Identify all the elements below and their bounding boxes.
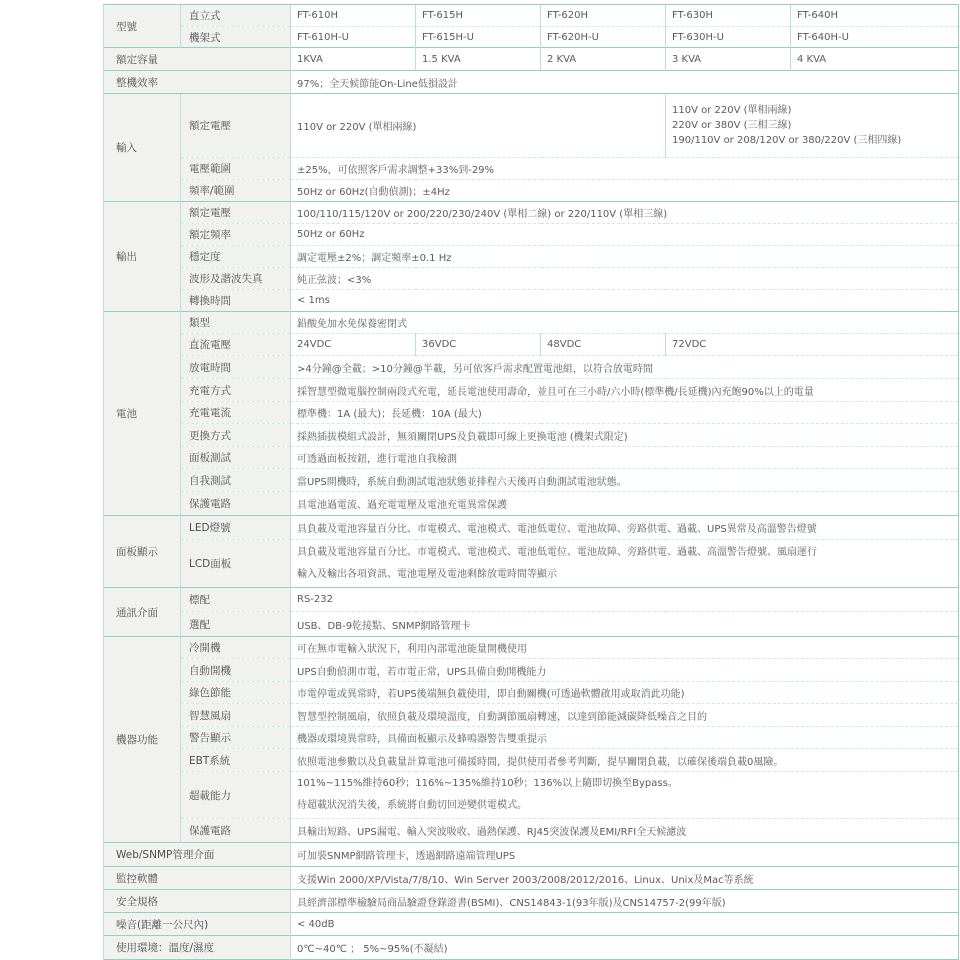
value-model-rack-2: FT-615H-U (416, 27, 541, 48)
value-model-tower-4: FT-630H (666, 5, 791, 27)
value-capacity-4: 3 KVA (666, 48, 791, 71)
value-battery-type: 鉛酸免加水免保養密閉式 (291, 312, 959, 334)
value-capacity-3: 2 KVA (541, 48, 666, 71)
row-label-dc-voltage: 直流電壓 (181, 334, 291, 356)
input-voltage-line-2: 220V or 380V (三相三線) (672, 118, 952, 133)
value-comm-standard: RS-232 (291, 588, 959, 612)
lcd-line-2: 輸入及輸出各項資訊、電池電壓及電池剩餘放電時間等顯示 (297, 564, 952, 586)
section-label-output: 輸出 (104, 202, 181, 312)
value-panel-test: 可透過面板按鈕，進行電池自我檢測 (291, 447, 959, 469)
value-transfer-time: < 1ms (291, 290, 959, 312)
value-alarm-display: 機器或環境異常時，具備面板顯示及蜂鳴器警告雙重提示 (291, 727, 959, 749)
value-model-tower-5: FT-640H (791, 5, 959, 27)
row-label-protection-circuit: 保護電路 (181, 819, 291, 843)
overload-line-1: 101%~115%維持60秒；116%~135%維持10秒；136%以上隨即切換… (297, 773, 952, 795)
row-label-rated-voltage-in: 額定電壓 (181, 94, 291, 158)
row-label-tower: 直立式 (181, 5, 291, 27)
value-monitor-software: 支援Win 2000/XP/Vista/7/8/10、Win Server 20… (291, 867, 959, 890)
value-led: 具負載及電池容量百分比、市電模式、電池模式、電池低電位、電池故障、旁路供電、過載… (291, 516, 959, 540)
row-label-self-test: 自我測試 (181, 469, 291, 492)
row-label-waveform: 波形及諧波失真 (181, 268, 291, 290)
section-label-comm-interface: 通訊介面 (104, 588, 181, 637)
value-waveform: 純正弦波；<3% (291, 268, 959, 290)
value-model-tower-1: FT-610H (291, 5, 416, 27)
row-label-charge-method: 充電方式 (181, 379, 291, 402)
lcd-line-1: 具負載及電池容量百分比、市電模式、電池模式、電池低電位、電池故障、旁路供電、過載… (297, 542, 952, 564)
value-capacity-5: 4 KVA (791, 48, 959, 71)
row-label-charge-current: 充電電流 (181, 402, 291, 424)
row-label-rated-frequency: 額定頻率 (181, 224, 291, 246)
value-model-rack-5: FT-640H-U (791, 27, 959, 48)
input-voltage-line-1: 110V or 220V (單相兩線) (672, 103, 952, 118)
row-label-frequency-range: 頻率/範圍 (181, 180, 291, 202)
input-voltage-line-3: 190/110V or 208/120V or 380/220V (三相四線) (672, 133, 952, 148)
row-label-voltage-range: 電壓範圍 (181, 158, 291, 180)
value-input-rated-voltage-left: 110V or 220V (單相兩線) (291, 94, 666, 158)
value-battery-protection: 具電池過電流、過充電電壓及電池充電異常保護 (291, 492, 959, 516)
row-label-web-snmp: Web/SNMP管理介面 (104, 843, 291, 867)
value-model-rack-4: FT-630H-U (666, 27, 791, 48)
value-dc-voltage-3: 48VDC (541, 334, 666, 356)
value-self-test: 當UPS開機時，系統自動測試電池狀態並排程六天後再自動測試電池狀態。 (291, 469, 959, 492)
overload-line-2: 待超載狀況消失後，系統將自動切回逆變供電模式。 (297, 795, 952, 817)
row-label-overload: 超載能力 (181, 772, 291, 819)
row-label-lcd: LCD面板 (181, 540, 291, 588)
value-voltage-range: ±25%，可依照客戶需求調整+33%到-29% (291, 158, 959, 180)
row-label-auto-restart: 自動開機 (181, 659, 291, 682)
value-frequency-range: 50Hz or 60Hz(自動偵測)；±4Hz (291, 180, 959, 202)
row-label-rated-voltage-out: 額定電壓 (181, 202, 291, 224)
row-label-replace-method: 更換方式 (181, 424, 291, 447)
value-overload: 101%~115%維持60秒；116%~135%維持10秒；136%以上隨即切換… (291, 772, 959, 819)
row-label-ebt-system: EBT系統 (181, 749, 291, 772)
value-noise: < 40dB (291, 913, 959, 936)
value-protection-circuit: 具輸出短路、UPS漏電、輸入突波吸收、過熱保護、RJ45突波保護及EMI/RFI… (291, 819, 959, 843)
value-dc-voltage-2: 36VDC (416, 334, 541, 356)
value-model-tower-2: FT-615H (416, 5, 541, 27)
value-model-rack-1: FT-610H-U (291, 27, 416, 48)
row-label-rack: 機架式 (181, 27, 291, 48)
value-smart-fan: 智慧型控制風扇，依照負載及環境溫度，自動調節風扇轉速，以達到節能減碳降低噪音之目… (291, 704, 959, 727)
row-label-battery-protection: 保護電路 (181, 492, 291, 516)
row-label-green-saving: 綠色節能 (181, 682, 291, 704)
value-lcd: 具負載及電池容量百分比、市電模式、電池模式、電池低電位、電池故障、旁路供電、過載… (291, 540, 959, 588)
row-label-battery-type: 類型 (181, 312, 291, 334)
row-label-monitor-software: 監控軟體 (104, 867, 291, 890)
ups-spec-table: 型號 直立式 FT-610H FT-615H FT-620H FT-630H F… (103, 4, 959, 960)
value-ebt-system: 依照電池參數以及負載量計算電池可備援時間，提供使用者參考判斷，提早關閉負載，以確… (291, 749, 959, 772)
row-label-discharge-time: 放電時間 (181, 356, 291, 379)
value-environment: 0℃~40℃ ； 5%~95%(不凝結) (291, 936, 959, 960)
section-label-capacity: 額定容量 (104, 48, 291, 71)
value-capacity-1: 1KVA (291, 48, 416, 71)
row-label-regulation: 穩定度 (181, 246, 291, 268)
value-replace-method: 採熱插拔模組式設計，無須關閉UPS及負載即可線上更換電池 (機架式限定) (291, 424, 959, 447)
row-label-safety: 安全規格 (104, 890, 291, 913)
value-comm-optional: USB、DB-9乾接點、SNMP網路管理卡 (291, 612, 959, 637)
value-efficiency: 97%；全天候節能On-Line低損設計 (291, 71, 959, 94)
value-cold-start: 可在無市電輸入狀況下，利用內部電池能量開機使用 (291, 637, 959, 659)
section-label-model: 型號 (104, 5, 181, 48)
value-model-tower-3: FT-620H (541, 5, 666, 27)
value-model-rack-3: FT-620H-U (541, 27, 666, 48)
value-discharge-time: >4分鐘@全載；>10分鐘@半載，另可依客戶需求配置電池組，以符合放電時間 (291, 356, 959, 379)
row-label-panel-test: 面板測試 (181, 447, 291, 469)
section-label-battery: 電池 (104, 312, 181, 516)
value-dc-voltage-1: 24VDC (291, 334, 416, 356)
value-output-rated-frequency: 50Hz or 60Hz (291, 224, 959, 246)
row-label-noise: 噪音(距離一公尺內) (104, 913, 291, 936)
value-regulation: 調定電壓±2%；調定頻率±0.1 Hz (291, 246, 959, 268)
section-label-input: 輸入 (104, 94, 181, 202)
row-label-alarm-display: 警告顯示 (181, 727, 291, 749)
value-dc-voltage-4: 72VDC (666, 334, 959, 356)
section-label-panel-display: 面板顯示 (104, 516, 181, 588)
row-label-smart-fan: 智慧風扇 (181, 704, 291, 727)
value-auto-restart: UPS自動偵測市電，若市電正常，UPS具備自動開機能力 (291, 659, 959, 682)
row-label-optional: 選配 (181, 612, 291, 637)
value-output-rated-voltage: 100/110/115/120V or 200/220/230/240V (單相… (291, 202, 959, 224)
section-label-machine-functions: 機器功能 (104, 637, 181, 843)
value-capacity-2: 1.5 KVA (416, 48, 541, 71)
value-web-snmp: 可加裝SNMP網路管理卡，透過網路遠端管理UPS (291, 843, 959, 867)
row-label-transfer-time: 轉換時間 (181, 290, 291, 312)
value-charge-method: 採智慧型微電腦控制兩段式充電，延長電池使用壽命，並且可在三小時/六小時(標準機/… (291, 379, 959, 402)
value-safety: 具經濟部標準檢驗局商品驗證登錄證書(BSMI)、CNS14843-1(93年版)… (291, 890, 959, 913)
value-input-rated-voltage-right: 110V or 220V (單相兩線) 220V or 380V (三相三線) … (666, 94, 959, 158)
row-label-cold-start: 冷開機 (181, 637, 291, 659)
row-label-standard: 標配 (181, 588, 291, 612)
value-charge-current: 標準機：1A (最大)；長延機：10A (最大) (291, 402, 959, 424)
value-green-saving: 市電停電或異常時，若UPS後端無負載使用，即自動關機(可透過軟體啟用或取消此功能… (291, 682, 959, 704)
row-label-led: LED燈號 (181, 516, 291, 540)
row-label-environment: 使用環境：溫度/濕度 (104, 936, 291, 960)
section-label-efficiency: 整機效率 (104, 71, 291, 94)
